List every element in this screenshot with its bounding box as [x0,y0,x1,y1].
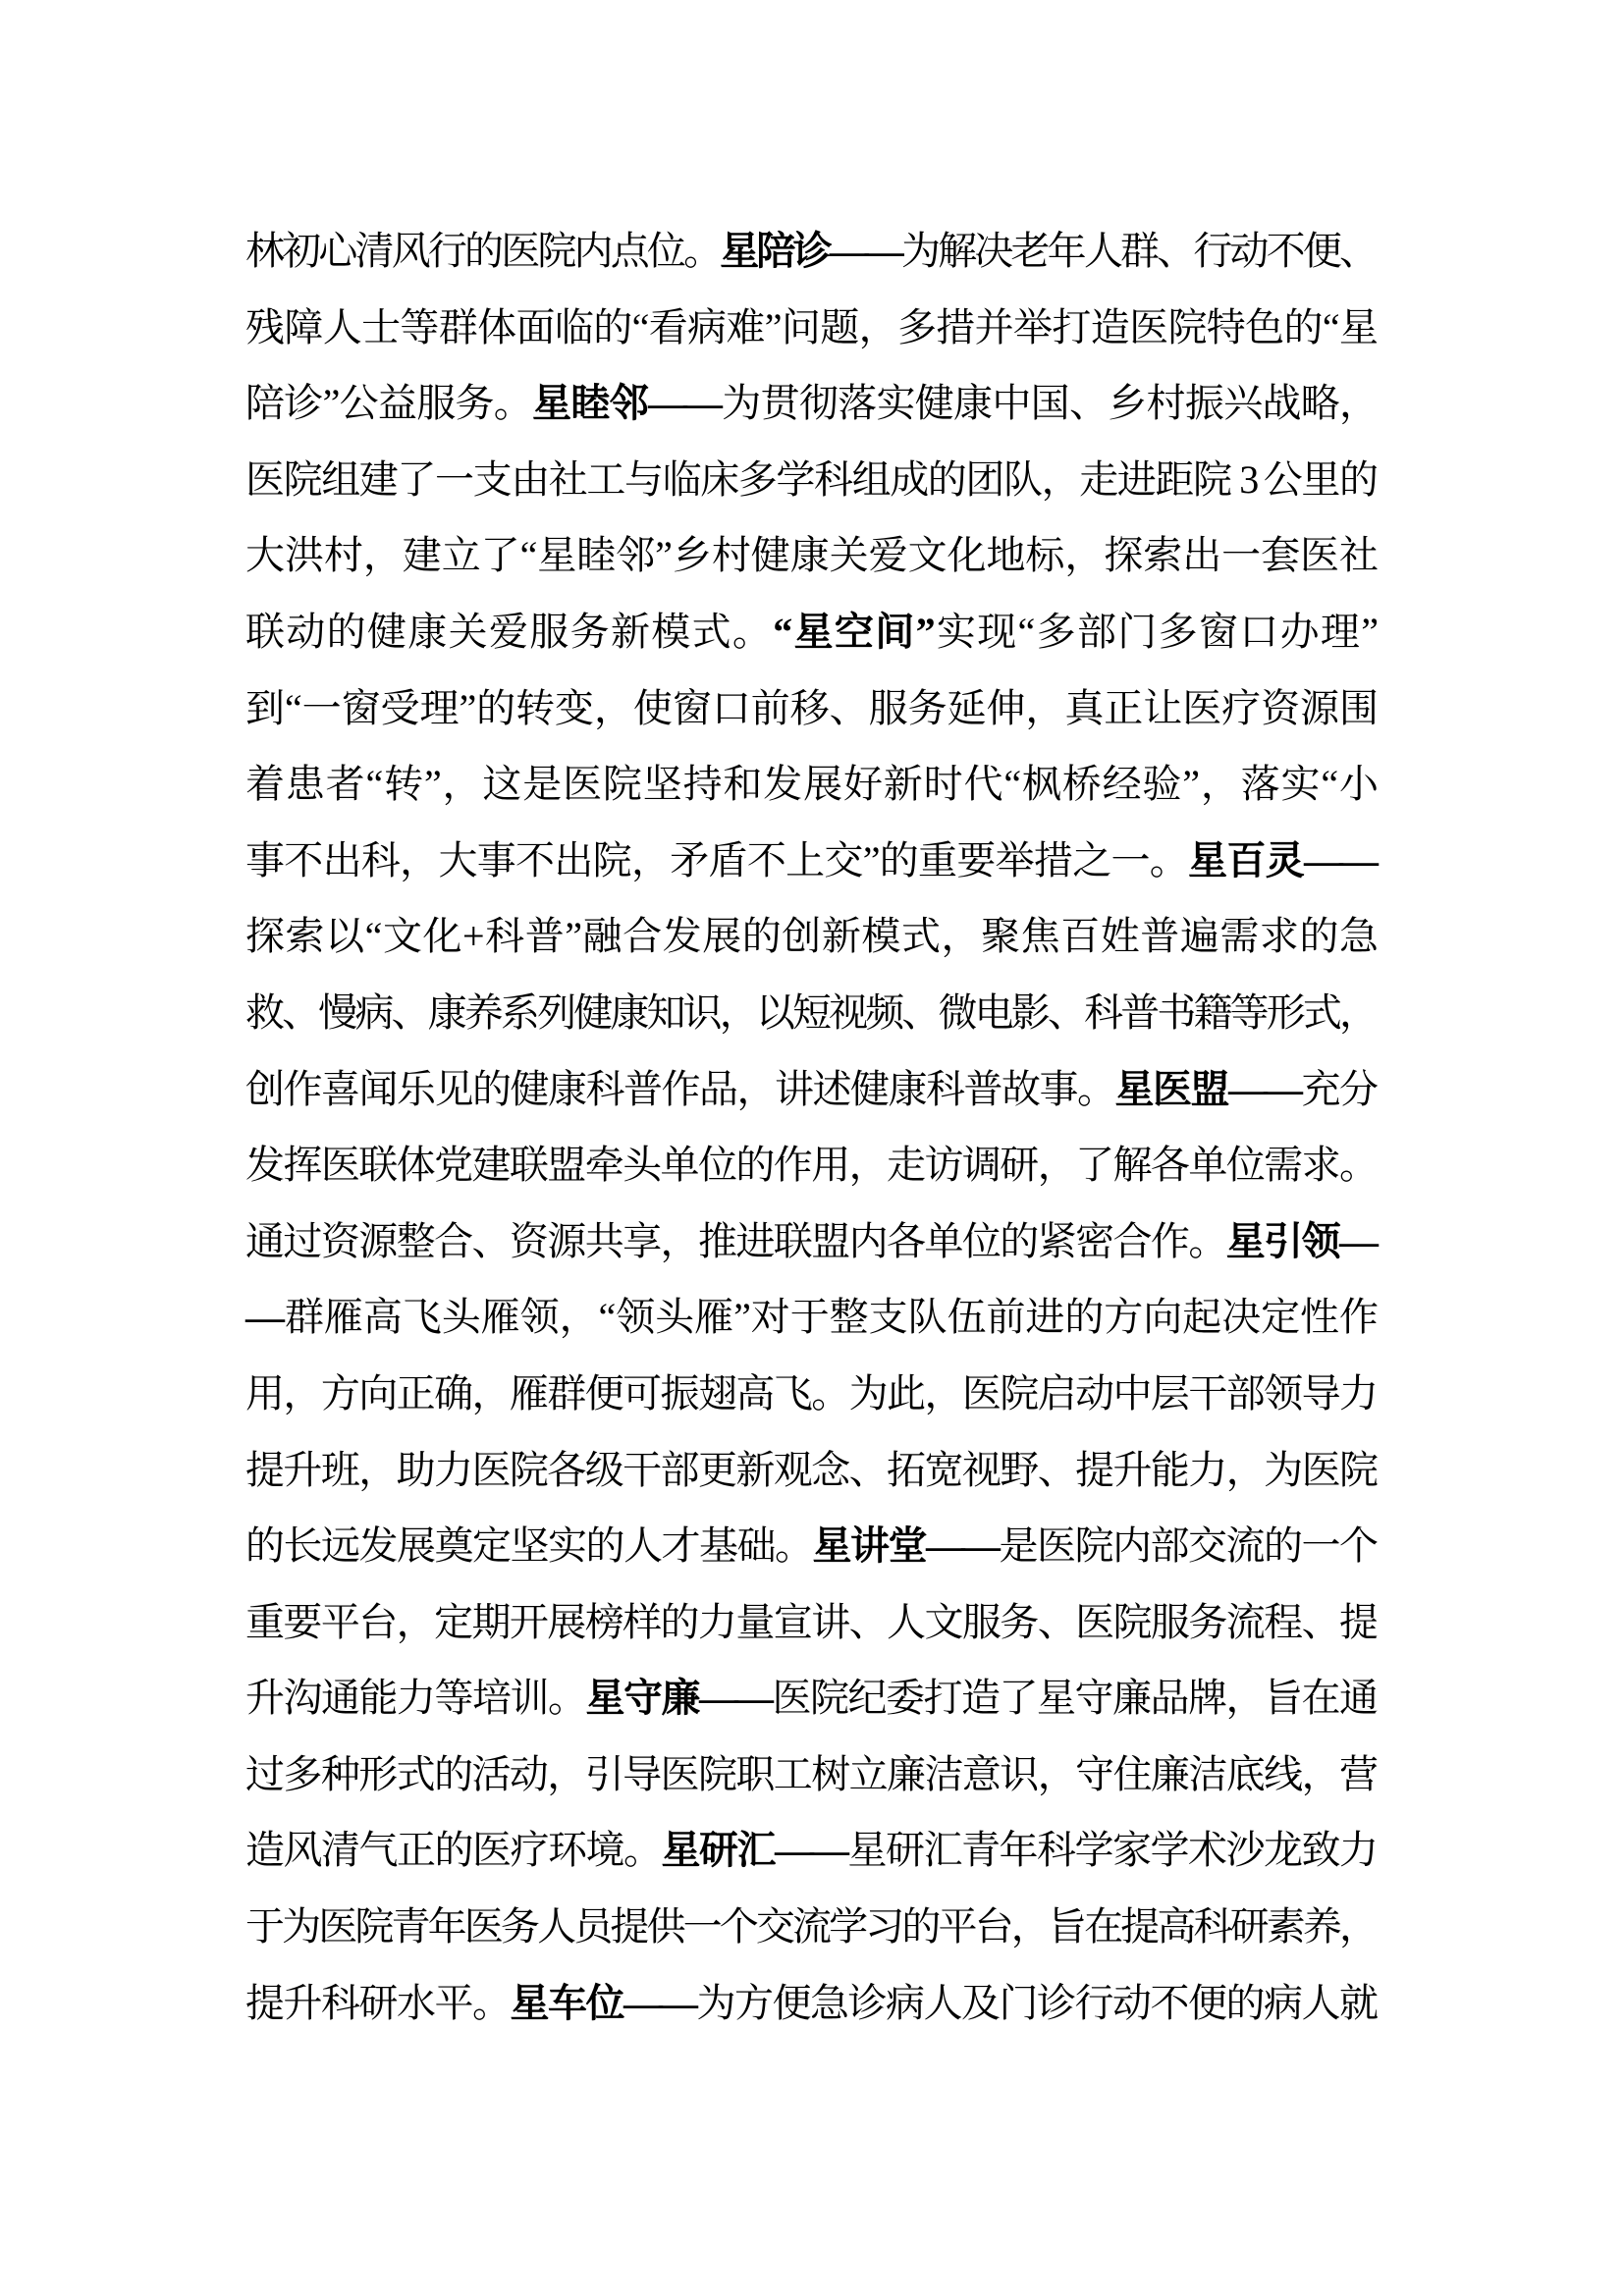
text-run: 提升班，助力医院各级干部更新观念、拓宽视野、提升能力，为医院 [245,1448,1375,1492]
text-line: —群雁高飞头雁领，“领头雁”对于整支队伍前进的方向起决定性作 [245,1279,1375,1356]
text-run: 重要平台，定期开展榜样的力量宣讲、人文服务、医院服务流程、提 [245,1600,1375,1644]
text-line: 通过资源整合、资源共享，推进联盟内各单位的紧密合作。星引领— [245,1203,1375,1280]
star-brand-term: 星讲堂—— [813,1523,998,1568]
star-brand-term: — [245,1295,281,1339]
text-run: 发挥医联体党建联盟牵头单位的作用，走访调研，了解各单位需求。 [245,1143,1375,1187]
text-run: 医院纪委打造了星守廉品牌，旨在通 [770,1676,1375,1720]
text-run: 是医院内部交流的一个 [997,1523,1375,1568]
text-line: 救、慢病、康养系列健康知识，以短视频、微电影、科普书籍等形式， [245,975,1375,1051]
text-run: 为贯彻落实健康中国、乡村振兴战略， [719,381,1375,425]
text-run: 事不出科，大事不出院，矛盾不上交”的重要举措之一。 [245,838,1188,882]
text-run: 到“一窗受理”的转变，使窗口前移、服务延伸，真正让医疗资源围 [245,686,1375,730]
text-run: 群雁高飞头雁领，“领头雁”对于整支队伍前进的方向起决定性作 [281,1295,1375,1339]
body-paragraph: 林初心清风行的医院内点位。星陪诊——为解决老年人群、行动不便、残障人士等群体面临… [245,213,1375,2041]
text-run: 充分 [1299,1067,1375,1111]
text-line: 创作喜闻乐见的健康科普作品，讲述健康科普故事。星医盟——充分 [245,1051,1375,1128]
text-line: 发挥医联体党建联盟牵头单位的作用，走访调研，了解各单位需求。 [245,1127,1375,1203]
text-line: 过多种形式的活动，引导医院职工树立廉洁意识，守住廉洁底线，营 [245,1736,1375,1813]
text-line: 大洪村，建立了“星睦邻”乡村健康关爱文化地标，探索出一套医社 [245,517,1375,594]
text-line: 升沟通能力等培训。星守廉——医院纪委打造了星守廉品牌，旨在通 [245,1660,1375,1736]
text-line: 残障人士等群体面临的“看病难”问题，多措并举打造医院特色的“星 [245,290,1375,366]
text-run: 陪诊”公益服务。 [245,381,532,425]
star-brand-term: 星研汇—— [662,1828,846,1872]
text-run: 提升科研水平。 [245,1981,511,2025]
text-run: 过多种形式的活动，引导医院职工树立廉洁意识，守住廉洁底线，营 [245,1752,1375,1796]
text-run: 救、慢病、康养系列健康知识，以短视频、微电影、科普书籍等形式， [245,990,1375,1035]
document-page: 林初心清风行的医院内点位。星陪诊——为解决老年人群、行动不便、残障人士等群体面临… [0,0,1624,2296]
star-brand-term: 星医盟—— [1115,1067,1300,1111]
text-line: 陪诊”公益服务。星睦邻——为贯彻落实健康中国、乡村振兴战略， [245,365,1375,442]
text-run: 林初心清风行的医院内点位。 [245,229,720,273]
star-brand-term: 星陪诊—— [720,229,900,273]
text-line: 的长远发展奠定坚实的人才基础。星讲堂——是医院内部交流的一个 [245,1508,1375,1584]
text-line: 提升科研水平。星车位——为方便急诊病人及门诊行动不便的病人就 [245,1965,1375,2042]
star-brand-term: 星引领— [1226,1219,1375,1263]
text-line: 医院组建了一支由社工与临床多学科组成的团队，走进距院 3 公里的 [245,442,1375,518]
star-brand-term: 星睦邻—— [532,381,719,425]
text-line: 事不出科，大事不出院，矛盾不上交”的重要举措之一。星百灵—— [245,823,1375,899]
text-run: 联动的健康关爱服务新模式。 [245,610,773,654]
text-run: 于为医院青年医务人员提供一个交流学习的平台，旨在提高科研素养， [245,1904,1375,1949]
text-run: 大洪村，建立了“星睦邻”乡村健康关爱文化地标，探索出一套医社 [245,533,1375,577]
text-run: 星研汇青年科学家学术沙龙致力 [845,1828,1375,1872]
text-run: 用，方向正确，雁群便可振翅高飞。为此，医院启动中层干部领导力 [245,1371,1375,1415]
text-run: 为方便急诊病人及门诊行动不便的病人就 [694,1981,1375,2025]
text-run: 升沟通能力等培训。 [245,1676,586,1720]
text-line: 探索以“文化+科普”融合发展的创新模式，聚焦百姓普遍需求的急 [245,898,1375,975]
text-line: 林初心清风行的医院内点位。星陪诊——为解决老年人群、行动不便、 [245,213,1375,290]
text-run: 探索以“文化+科普”融合发展的创新模式，聚焦百姓普遍需求的急 [245,914,1375,958]
text-run: 着患者“转”，这是医院坚持和发展好新时代“枫桥经验”，落实“小 [245,762,1375,806]
star-brand-term: 星百灵—— [1188,838,1375,882]
star-brand-term: 星车位—— [511,1981,695,2025]
text-line: 到“一窗受理”的转变，使窗口前移、服务延伸，真正让医疗资源围 [245,670,1375,747]
text-run: 创作喜闻乐见的健康科普作品，讲述健康科普故事。 [245,1067,1115,1111]
text-line: 造风清气正的医疗环境。星研汇——星研汇青年科学家学术沙龙致力 [245,1812,1375,1889]
text-run: 残障人士等群体面临的“看病难”问题，多措并举打造医院特色的“星 [245,305,1375,349]
star-brand-term: “星空间” [773,610,931,654]
text-line: 联动的健康关爱服务新模式。“星空间”实现“多部门多窗口办理” [245,594,1375,670]
text-line: 于为医院青年医务人员提供一个交流学习的平台，旨在提高科研素养， [245,1889,1375,1965]
text-run: 造风清气正的医疗环境。 [245,1828,662,1872]
star-brand-term: 星守廉—— [586,1676,771,1720]
text-line: 提升班，助力医院各级干部更新观念、拓宽视野、提升能力，为医院 [245,1432,1375,1509]
text-line: 着患者“转”，这是医院坚持和发展好新时代“枫桥经验”，落实“小 [245,746,1375,823]
text-run: 的长远发展奠定坚实的人才基础。 [245,1523,813,1568]
text-line: 重要平台，定期开展榜样的力量宣讲、人文服务、医院服务流程、提 [245,1584,1375,1661]
text-run: 医院组建了一支由社工与临床多学科组成的团队，走进距院 3 公里的 [245,457,1375,502]
text-line: 用，方向正确，雁群便可振翅高飞。为此，医院启动中层干部领导力 [245,1356,1375,1432]
text-run: 为解决老年人群、行动不便、 [900,229,1375,273]
text-run: 实现“多部门多窗口办理” [932,610,1375,654]
text-run: 通过资源整合、资源共享，推进联盟内各单位的紧密合作。 [245,1219,1226,1263]
